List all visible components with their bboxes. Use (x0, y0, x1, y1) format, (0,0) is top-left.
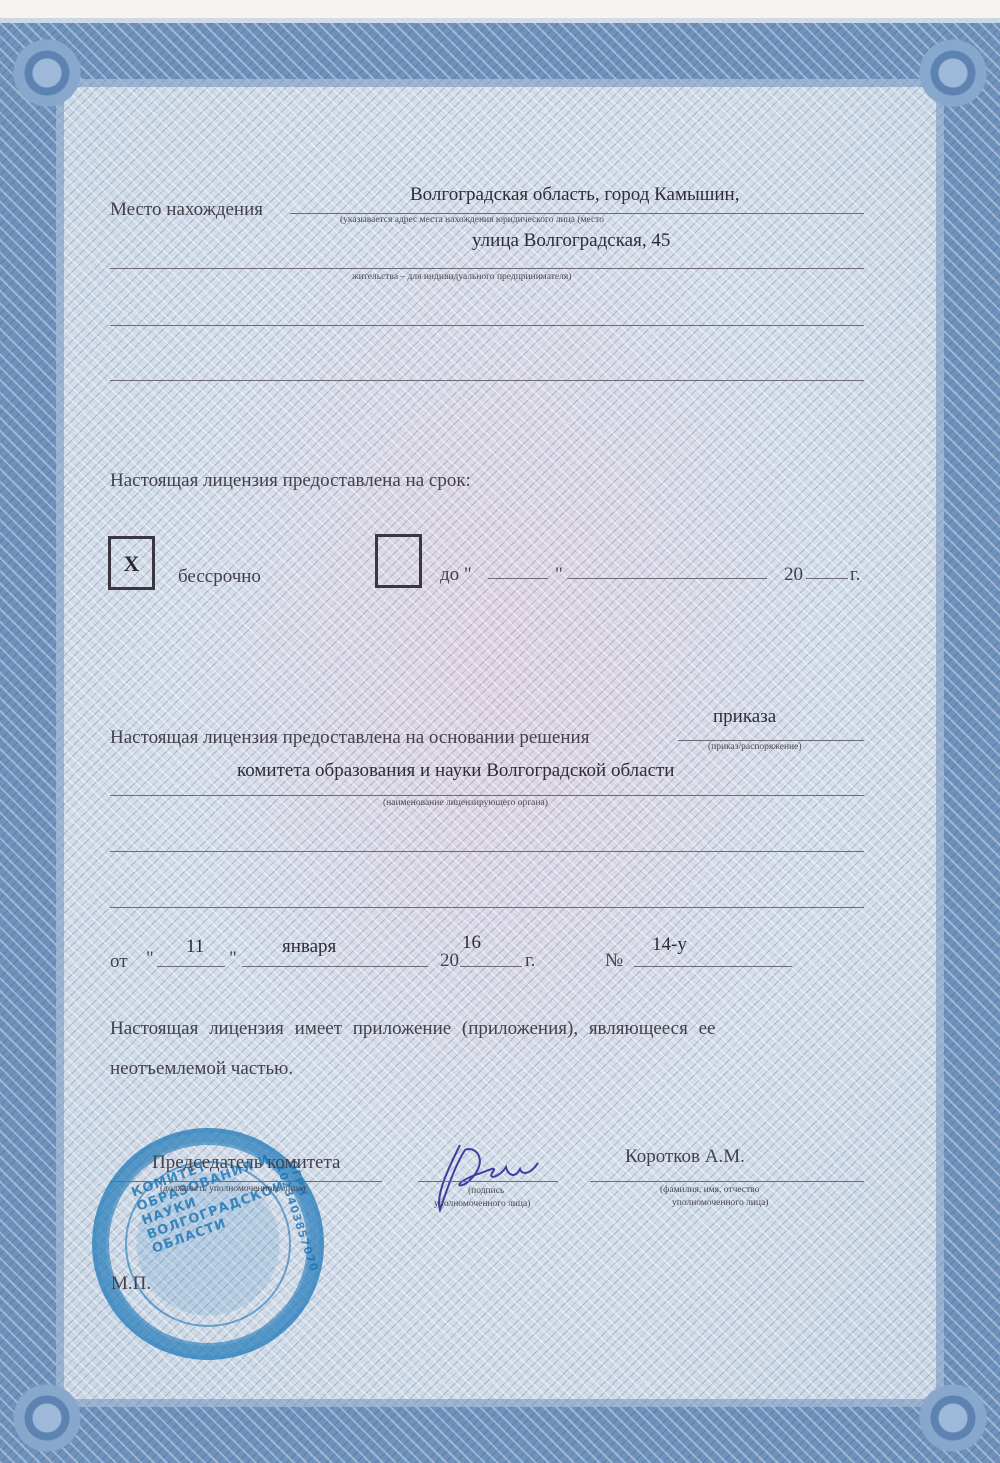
corner-ornament-icon (918, 38, 988, 108)
decision-type-value: приказа (713, 706, 776, 728)
order-number-line (634, 966, 792, 967)
appendix-line2: неотъемлемой частью. (110, 1058, 293, 1080)
decision-type-line (678, 740, 864, 741)
date-year-suffix: 16 (462, 932, 481, 954)
date-day: 11 (186, 936, 204, 958)
date-year-end: г. (525, 950, 535, 972)
order-number: 14-у (652, 934, 687, 956)
until-month-line (567, 578, 767, 579)
decision-type-hint: (приказ/распоряжение) (708, 742, 802, 752)
location-value-line1: Волгоградская область, город Камышин, (410, 184, 739, 206)
name-line (590, 1181, 864, 1182)
date-close-quote: " (229, 948, 237, 970)
until-year-prefix: 20 (784, 564, 803, 586)
authority-hint: (наименование лицензирующего органа) (383, 798, 548, 808)
perpetual-checkbox[interactable]: X (108, 536, 155, 590)
until-label: до " (440, 564, 472, 586)
position-line (110, 1181, 382, 1182)
location-line-1 (290, 213, 864, 214)
name-hint-2: уполномоченного лица) (672, 1198, 768, 1208)
location-value-line2: улица Волгоградская, 45 (472, 230, 670, 252)
until-day-line (488, 578, 548, 579)
seal-place-label: М.П. (111, 1273, 151, 1295)
signatory-name: Коротков А.М. (625, 1146, 745, 1168)
position-value: Председатель комитета (152, 1152, 340, 1174)
location-line-4 (110, 380, 864, 381)
basis-label: Настоящая лицензия предоставлена на осно… (110, 727, 589, 749)
location-label: Место нахождения (110, 199, 263, 221)
date-month: января (282, 936, 336, 958)
signature-hint-1: (подпись (468, 1186, 504, 1196)
name-hint-1: (фамилия, имя, отчество (660, 1185, 759, 1195)
location-line-2 (110, 268, 864, 269)
appendix-line1: Настоящая лицензия имеет приложение (при… (110, 1018, 715, 1040)
perpetual-label: бессрочно (178, 566, 261, 588)
location-line-3 (110, 325, 864, 326)
signature-hint-2: уполномоченного лица) (434, 1199, 530, 1209)
corner-ornament-icon (918, 1383, 988, 1453)
basis-line-extra-2 (110, 907, 864, 908)
until-year-suffix: г. (850, 564, 860, 586)
position-hint: (должность уполномоченного лица) (160, 1184, 305, 1194)
checkbox-x-mark: X (111, 551, 152, 577)
date-year-prefix: 20 (440, 950, 459, 972)
location-hint-1: (указывается адрес места нахождения юрид… (340, 215, 604, 225)
basis-line-extra-1 (110, 851, 864, 852)
term-label: Настоящая лицензия предоставлена на срок… (110, 470, 471, 492)
until-quote-close: " (555, 564, 563, 586)
corner-ornament-icon (12, 38, 82, 108)
date-prefix: от (110, 951, 128, 973)
authority-line (110, 795, 864, 796)
date-open-quote: " (146, 948, 154, 970)
location-hint-2: жительства – для индивидуального предпри… (352, 272, 571, 282)
date-year-line (460, 966, 522, 967)
date-month-line (242, 966, 428, 967)
signature-line (418, 1181, 558, 1182)
until-date-checkbox[interactable] (375, 534, 422, 588)
corner-ornament-icon (12, 1383, 82, 1453)
authority-value: комитета образования и науки Волгоградск… (237, 760, 674, 782)
date-day-line (157, 966, 225, 967)
number-label: № (605, 950, 623, 972)
until-year-line (806, 578, 848, 579)
